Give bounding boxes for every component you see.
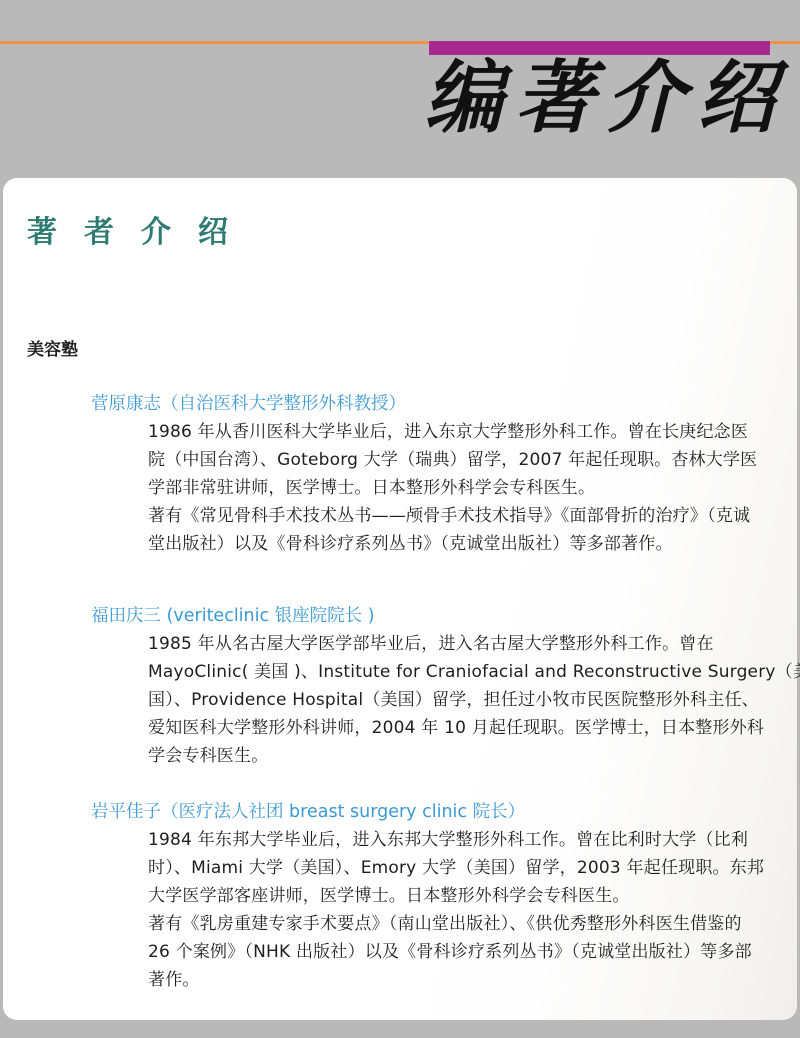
bio-line: 著有《常见骨科手术技术丛书——颅骨手术技术指导》《面部骨折的治疗》（克诚 bbox=[148, 502, 771, 530]
bio-line: 堂出版社）以及《骨科诊疗系列丛书》（克诚堂出版社）等多部著作。 bbox=[148, 530, 771, 558]
author-name: 岩平佳子（医疗法人社团 breast surgery clinic 院长） bbox=[91, 798, 771, 826]
chapter-banner-title: 编著介绍 bbox=[424, 48, 788, 148]
bio-line: 著作。 bbox=[148, 966, 771, 994]
bio-line: MayoClinic( 美国 )、Institute for Craniofac… bbox=[148, 658, 771, 686]
bio-line: 26 个案例》（NHK 出版社）以及《骨科诊疗系列丛书》（克诚堂出版社）等多部 bbox=[148, 938, 771, 966]
bio-line: 大学医学部客座讲师，医学博士。日本整形外科学会专科医生。 bbox=[148, 882, 771, 910]
bio-line: 1984 年东邦大学毕业后，进入东邦大学整形外科工作。曾在比利时大学（比利 bbox=[148, 826, 771, 854]
section-title: 著者介绍 bbox=[27, 216, 771, 250]
author-bio: 1986 年从香川医科大学毕业后，进入东京大学整形外科工作。曾在长庚纪念医 院（… bbox=[148, 418, 771, 558]
bio-line: 学部非常驻讲师，医学博士。日本整形外科学会专科医生。 bbox=[148, 474, 771, 502]
group-title: 美容塾 bbox=[27, 338, 771, 362]
author-section-iwahira: 岩平佳子（医疗法人社团 breast surgery clinic 院长） 19… bbox=[27, 798, 771, 994]
author-bio: 1985 年从名古屋大学医学部毕业后，进入名古屋大学整形外科工作。曾在 Mayo… bbox=[148, 630, 771, 770]
bio-line: 爱知医科大学整形外科讲师，2004 年 10 月起任现职。医学博士，日本整形外科 bbox=[148, 714, 771, 742]
author-section-fukuda: 福田庆三 (veriteclinic 银座院院长 ) 1985 年从名古屋大学医… bbox=[27, 602, 771, 770]
content-page-card: 著者介绍 美容塾 菅原康志（自治医科大学整形外科教授） 1986 年从香川医科大… bbox=[3, 178, 797, 1020]
bio-line: 国）、Providence Hospital（美国）留学，担任过小牧市民医院整形… bbox=[148, 686, 771, 714]
author-section-sugawara: 菅原康志（自治医科大学整形外科教授） 1986 年从香川医科大学毕业后，进入东京… bbox=[27, 390, 771, 558]
bio-line: 1985 年从名古屋大学医学部毕业后，进入名古屋大学整形外科工作。曾在 bbox=[148, 630, 771, 658]
bio-line: 1986 年从香川医科大学毕业后，进入东京大学整形外科工作。曾在长庚纪念医 bbox=[148, 418, 771, 446]
author-name: 福田庆三 (veriteclinic 银座院院长 ) bbox=[91, 602, 771, 630]
author-name: 菅原康志（自治医科大学整形外科教授） bbox=[91, 390, 771, 418]
author-bio: 1984 年东邦大学毕业后，进入东邦大学整形外科工作。曾在比利时大学（比利 时）… bbox=[148, 826, 771, 994]
bio-line: 院（中国台湾）、Goteborg 大学（瑞典）留学，2007 年起任现职。杏林大… bbox=[148, 446, 771, 474]
bio-line: 著有《乳房重建专家手术要点》（南山堂出版社）、《供优秀整形外科医生借鉴的 bbox=[148, 910, 771, 938]
bio-line: 时）、Miami 大学（美国）、Emory 大学（美国）留学，2003 年起任现… bbox=[148, 854, 771, 882]
bio-line: 学会专科医生。 bbox=[148, 742, 771, 770]
